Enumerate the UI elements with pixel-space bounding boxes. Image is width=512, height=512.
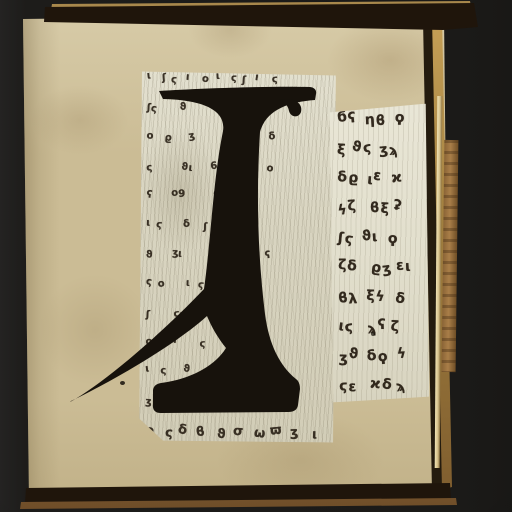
ink-dot bbox=[120, 381, 125, 385]
ink-dot bbox=[371, 332, 375, 336]
illuminated-initial-letter bbox=[0, 0, 512, 512]
initial-letter-glyph bbox=[70, 87, 316, 413]
manuscript-photo-scene: ιʃϛıοιϛʃıϛʃςϑʕοζοϱʒιϛδςϑι6ʃοʕο9ϛιʒιϛδʃος… bbox=[0, 0, 512, 512]
